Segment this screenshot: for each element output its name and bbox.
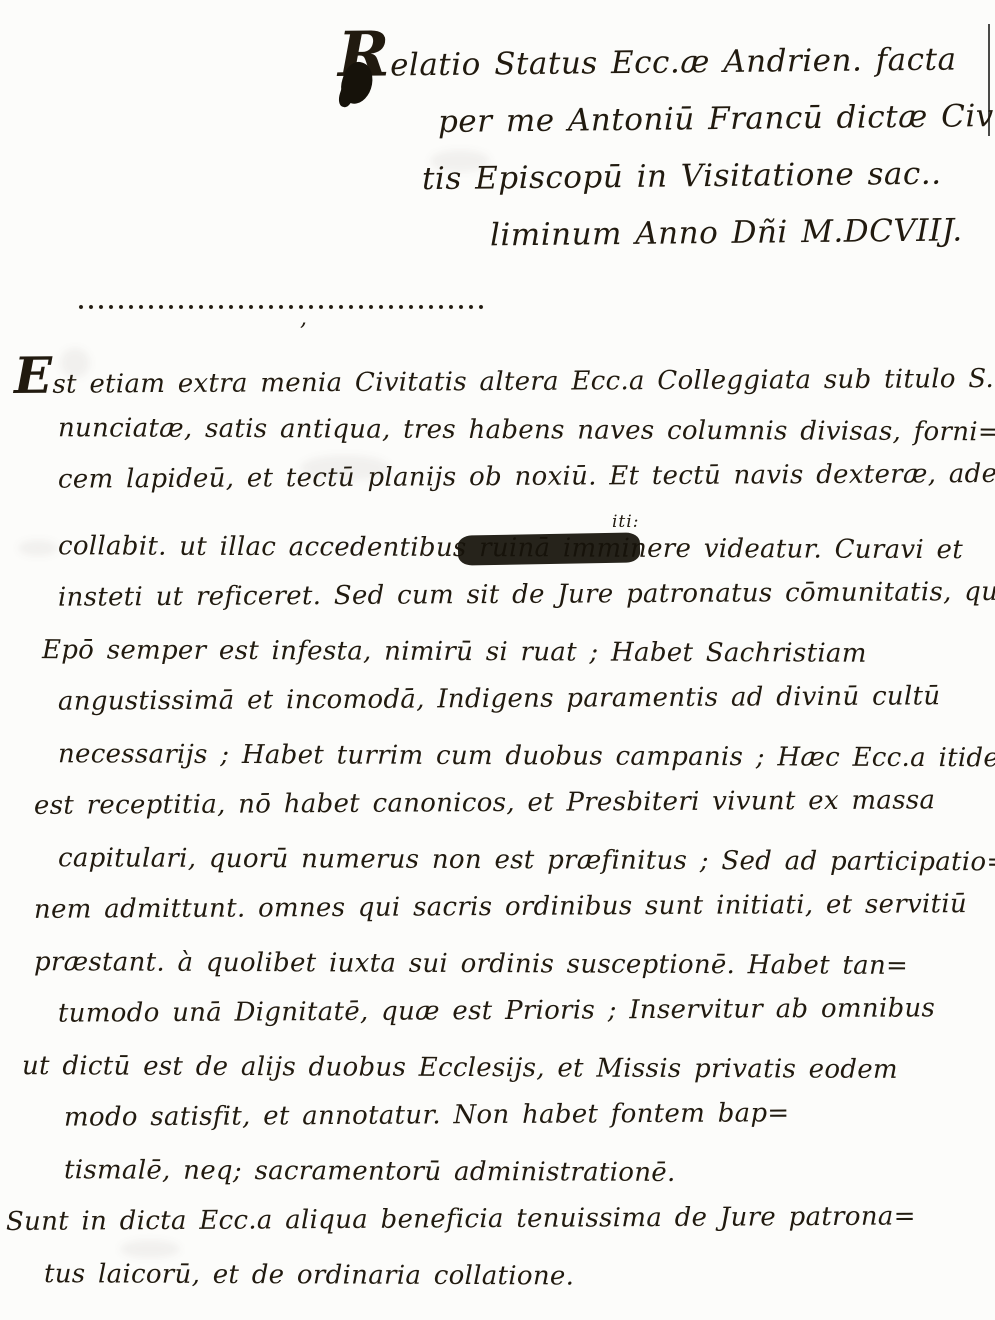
correction-superscript: iti:	[612, 512, 639, 532]
manuscript-line: modo satisfit, et annotatur. Non habet f…	[6, 1086, 995, 1144]
ink-blot-strikethrough	[458, 532, 640, 565]
manuscript-line: angustissimā et incomodā, Indigens param…	[6, 670, 995, 728]
manuscript-line: Est etiam extra menia Civitatis altera E…	[6, 344, 995, 402]
manuscript-line: Sunt in dicta Ecc.a aliqua beneficia ten…	[6, 1190, 995, 1248]
title-block: Relatio Status Ecc.æ Andrien. facta per …	[338, 26, 978, 266]
manuscript-line: cem lapideū, et tectū planijs ob noxiū. …	[6, 448, 995, 506]
manuscript-page: Relatio Status Ecc.æ Andrien. facta per …	[0, 0, 995, 1320]
manuscript-line: tus laicorū, et de ordinaria collatione.	[6, 1248, 995, 1304]
dotted-separator: ,	[78, 304, 488, 310]
title-line: Relatio Status Ecc.æ Andrien. facta	[338, 19, 979, 95]
manuscript-line: nem admittunt. omnes qui sacris ordinibu…	[6, 878, 995, 936]
manuscript-line: insteti ut reficeret. Sed cum sit de Jur…	[6, 566, 995, 624]
manuscript-line: tumodo unā Dignitatē, quæ est Prioris ; …	[6, 982, 995, 1040]
manuscript-line: est receptitia, nō habet canonicos, et P…	[6, 774, 995, 832]
separator-comma-mark: ,	[300, 306, 307, 331]
title-line: per me Antoniū Francū dictæ Civita=	[338, 88, 979, 152]
title-line: tis Episcopū in Visitatione sac..	[338, 145, 979, 209]
body-text-block: Est etiam extra menia Civitatis altera E…	[6, 350, 995, 1300]
title-line: liminum Anno Dñi M.DCVIIJ.	[338, 202, 979, 266]
